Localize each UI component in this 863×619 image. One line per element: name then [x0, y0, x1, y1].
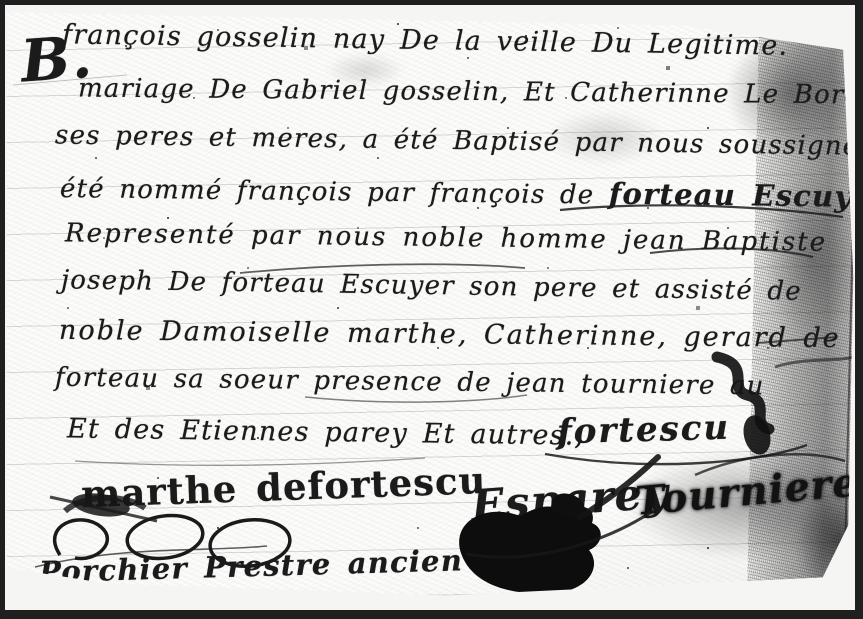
- ink-decorations: [5, 5, 863, 619]
- photocopy-frame: B. françois gosselin nay De la veille Du…: [0, 0, 863, 619]
- photocopy-specks: [5, 5, 7, 7]
- manuscript-paper: B. françois gosselin nay De la veille Du…: [5, 5, 855, 610]
